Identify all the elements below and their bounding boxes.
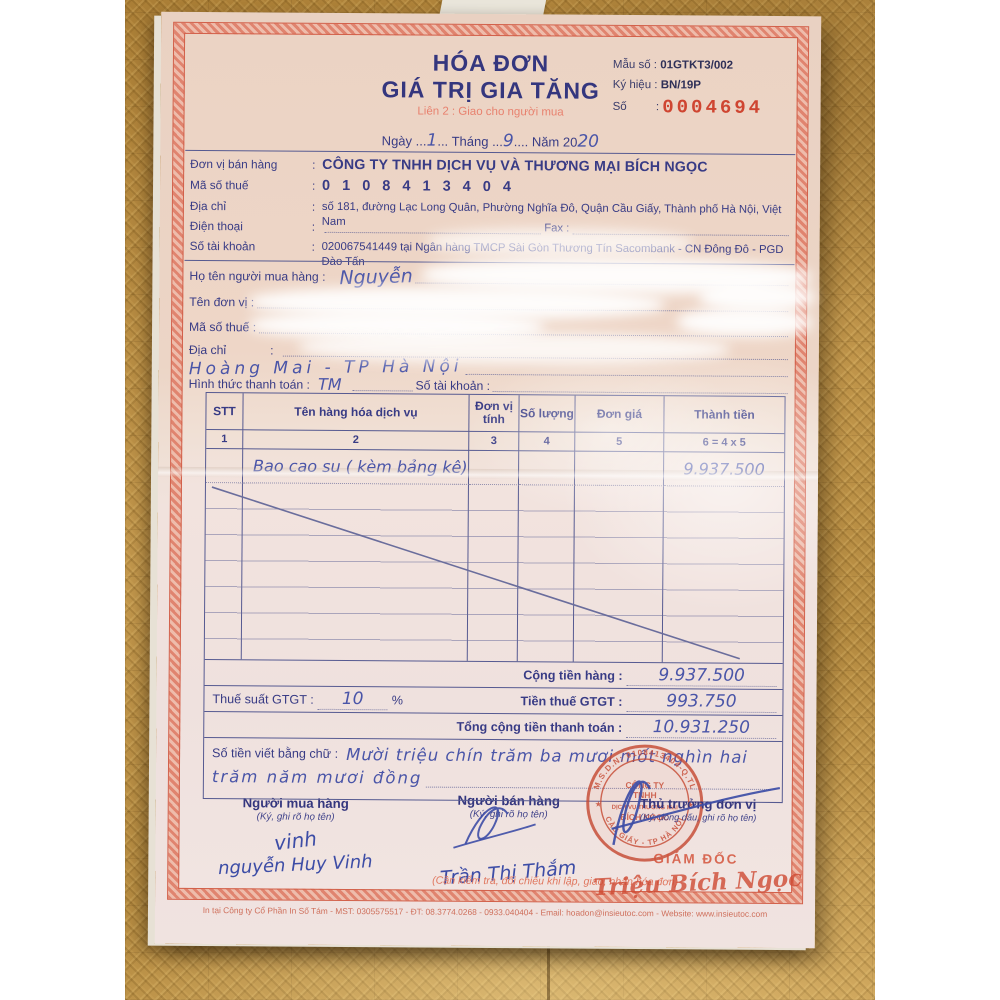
seller-name-label: Đơn vị bán hàng	[190, 157, 312, 173]
date-day-value: 1	[426, 131, 437, 151]
date-month-value: 9	[503, 131, 514, 151]
dotted-leader	[493, 378, 788, 394]
serial-label: Ký hiệu :	[613, 79, 658, 91]
dots: ...	[437, 134, 448, 149]
date-year-value: 20	[577, 132, 599, 152]
grand-total-label: Tổng cộng tiền thanh toán :	[456, 719, 622, 734]
date-year-label: Năm 20	[532, 134, 578, 149]
printer-fine-print: In tại Công ty Cổ Phần In Số Tám - MST: …	[175, 905, 795, 919]
colon: :	[656, 101, 659, 113]
invoice-number-row: Số : 0004694	[613, 97, 803, 118]
col-header-price: Đơn giá	[575, 396, 664, 434]
colon: :	[312, 220, 322, 235]
tax-rate-value-handwritten: 10	[318, 689, 388, 710]
col-header-name: Tên hàng hóa dịch vụ	[243, 393, 469, 432]
payment-method-handwritten: TM	[318, 377, 342, 393]
colnum-5: 5	[575, 433, 664, 453]
seller-name-row: Đơn vị bán hàng : CÔNG TY TNHH DỊCH VỤ V…	[190, 157, 792, 176]
strikethrough-diagonal-line	[205, 483, 784, 663]
col-header-amount: Thành tiền	[664, 396, 784, 434]
col-header-qty: Số lượng	[519, 395, 575, 432]
dots: ...	[416, 133, 427, 148]
colnum-6: 6 = 4 x 5	[664, 433, 784, 453]
colnum-4: 4	[519, 432, 575, 451]
buyer-name-label: Họ tên người mua hàng :	[189, 268, 325, 285]
colon: :	[270, 342, 280, 358]
date-day-label: Ngày	[382, 133, 412, 148]
invoice-meta-block: Mẫu số : 01GTKT3/002 Ký hiệu : BN/19P Số…	[613, 55, 803, 118]
form-number-row: Mẫu số : 01GTKT3/002	[613, 55, 803, 76]
tax-rate-unit: %	[392, 693, 403, 707]
date-month-label: Tháng	[452, 134, 489, 149]
buyer-address-label: Địa chỉ	[189, 342, 226, 358]
form-number-label: Mẫu số :	[613, 59, 657, 71]
invoice-content: HÓA ĐƠN GIÁ TRỊ GIA TĂNG Liên 2 : Giao c…	[155, 12, 821, 949]
colon: :	[312, 179, 322, 194]
dots: ....	[514, 134, 529, 149]
colon: :	[311, 240, 321, 270]
redaction-blur	[677, 307, 812, 337]
buyer-unit-label: Tên đơn vị :	[189, 294, 254, 310]
col-header-unit: Đơn vị tính	[469, 395, 519, 432]
table-header-row: STT Tên hàng hóa dịch vụ Đơn vị tính Số …	[206, 393, 784, 434]
screenshot-stage: HÓA ĐƠN GIÁ TRỊ GIA TĂNG Liên 2 : Giao c…	[0, 0, 1000, 1000]
seller-tax-row: Mã số thuế : 0 1 0 8 4 1 3 4 0 4	[190, 178, 792, 197]
form-number-value: 01GTKT3/002	[660, 59, 733, 72]
date-line: Ngày ...1... Tháng ...9.... Năm 2020	[290, 130, 690, 153]
colnum-1: 1	[206, 430, 243, 449]
buyer-tax-label: Mã số thuế :	[189, 319, 256, 335]
serial-value: BN/19P	[661, 79, 701, 91]
seller-name-value: CÔNG TY TNHH DỊCH VỤ VÀ THƯƠNG MẠI BÍCH …	[322, 158, 792, 176]
director-signature-scribble	[583, 757, 794, 868]
subtotal-label: Cộng tiền hàng :	[523, 668, 622, 683]
invoice-number-value: 0004694	[662, 96, 763, 119]
subtotal-value-handwritten: 9.937.500	[627, 665, 777, 687]
payment-method-label: Hình thức thanh toán :	[189, 376, 310, 393]
grand-total-value-handwritten: 10.931.250	[626, 717, 776, 739]
tax-label: Tiền thuế GTGT :	[520, 694, 622, 709]
tax-value-handwritten: 993.750	[626, 691, 776, 713]
seller-tax-value: 0 1 0 8 4 1 3 4 0 4	[322, 179, 792, 197]
buyer-account-label: Số tài khoản :	[415, 377, 490, 394]
colnum-2: 2	[243, 430, 469, 451]
dots: ...	[492, 134, 503, 149]
amount-in-words-value2-handwritten: trăm năm mươi đồng	[212, 765, 423, 789]
tax-rate-label: Thuế suất GTGT :	[212, 692, 313, 707]
subtotal-row: Cộng tiền hàng : 9.937.500	[205, 659, 783, 689]
seller-phone-label: Điện thoại	[190, 219, 312, 235]
invoice-number-label: Số	[613, 101, 627, 113]
colon: :	[312, 158, 322, 173]
buyer-signature-block: Người mua hàng (Ký, ghi rõ họ tên) vinh …	[190, 795, 401, 876]
buyer-name-handwritten: Nguyễn	[339, 268, 413, 286]
col-header-stt: STT	[206, 393, 243, 430]
invoice-paper: HÓA ĐƠN GIÁ TRỊ GIA TĂNG Liên 2 : Giao c…	[155, 12, 821, 949]
table-empty-body	[205, 483, 784, 663]
seller-account-label: Số tài khoản	[189, 239, 311, 270]
amount-in-words-label: Số tiền viết bằng chữ :	[212, 742, 338, 766]
tax-row: Thuế suất GTGT : 10 % Tiền thuế GTGT : 9…	[204, 685, 782, 715]
seller-tax-label: Mã số thuế	[190, 178, 312, 194]
serial-row: Ký hiệu : BN/19P	[613, 75, 803, 96]
seller-signature-scribble	[443, 796, 543, 852]
director-name-red-script: Triệu Bích Ngọc	[580, 864, 816, 902]
dotted-leader	[353, 377, 413, 391]
colnum-3: 3	[469, 432, 519, 451]
tax-rate-group: Thuế suất GTGT : 10 %	[212, 688, 403, 710]
grand-total-row: Tổng cộng tiền thanh toán : 10.931.250	[204, 711, 782, 741]
photo-background-wood-floor: HÓA ĐƠN GIÁ TRỊ GIA TĂNG Liên 2 : Giao c…	[125, 0, 875, 1000]
